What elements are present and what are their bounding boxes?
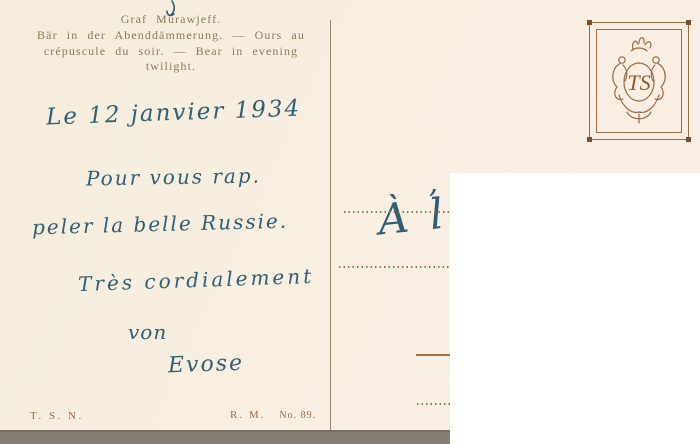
- address-dotted-line: [417, 403, 450, 405]
- message-line-3: peler la belle Russie.: [32, 209, 289, 240]
- publisher-number: No. 89.: [279, 410, 316, 421]
- divider-line: [330, 20, 331, 430]
- caption-block: Graf Murawjeff. Bär in der Abenddämmerun…: [18, 12, 324, 75]
- stamp-corner: [587, 137, 592, 142]
- privacy-white-overlay: [450, 173, 700, 444]
- stamp-corner: [686, 137, 691, 142]
- message-line-5: von: [128, 320, 167, 344]
- publisher-mark-right: R. M. No. 89.: [230, 409, 316, 421]
- stamp-monogram: TS: [627, 70, 650, 95]
- stamp-box: TS: [589, 22, 689, 140]
- publisher-crest-icon: TS: [603, 35, 675, 127]
- message-signature: Evose: [168, 351, 245, 379]
- caption-line: twilight.: [18, 59, 324, 75]
- ink-mark-icon: [163, 0, 179, 19]
- address-dotted-line: [339, 266, 450, 268]
- publisher-mark-left: T. S. N.: [30, 410, 84, 422]
- message-line-4: Très cordialement: [78, 264, 315, 296]
- message-date: Le 12 janvier 1934: [46, 96, 302, 131]
- postcard-scan: Graf Murawjeff. Bär in der Abenddämmerun…: [0, 0, 700, 444]
- stamp-corner: [686, 20, 691, 25]
- caption-line: crépuscule du soir. — Bear in evening: [18, 44, 324, 60]
- address-script: À l: [376, 189, 450, 245]
- publisher-series: R. M.: [230, 409, 265, 421]
- address-dotted-line: [344, 211, 450, 213]
- stamp-corner: [587, 20, 592, 25]
- message-line-2: Pour vous rap.: [86, 163, 261, 190]
- caption-line: Bär in der Abenddämmerung. — Ours au: [18, 28, 324, 44]
- address-underline: [416, 354, 450, 356]
